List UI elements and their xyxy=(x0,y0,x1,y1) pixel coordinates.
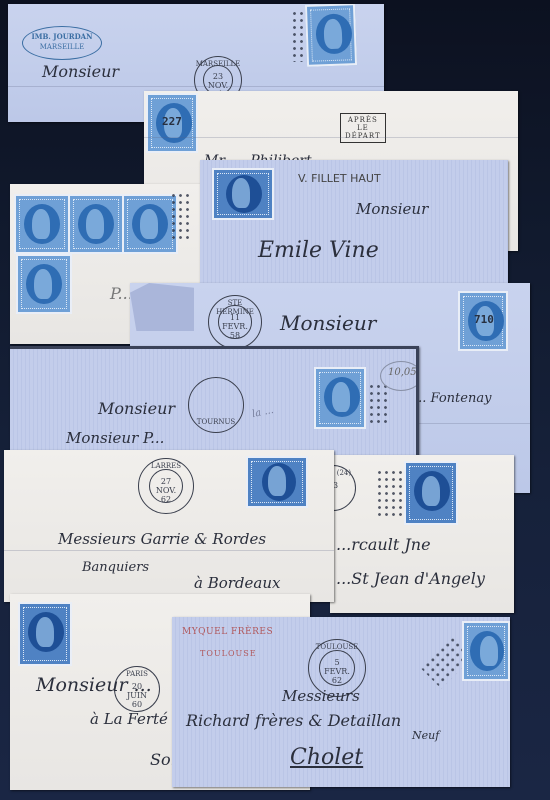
address-line: Monsieur xyxy=(280,311,376,335)
stamp xyxy=(16,254,72,314)
stamp: 710 xyxy=(458,291,508,351)
stamp xyxy=(305,4,357,67)
cachet-myquel-freres: MYQUEL FRÈRES xyxy=(182,627,273,637)
address-line: Messieurs Garrie & Rordes xyxy=(58,530,266,548)
apres-le-depart-cachet: APRÈS LE DÉPART xyxy=(340,113,386,143)
stamp xyxy=(68,194,124,254)
cover-larres: LARRES 27NOV.62 Messieurs Garrie & Rorde… xyxy=(4,450,334,602)
tax-mark: 10,05 xyxy=(388,367,417,378)
stamp: 227 xyxy=(146,93,198,153)
address-line: ...rcault Jne xyxy=(336,535,431,554)
torn-flap xyxy=(130,283,194,331)
cover-emile-vine: V. FILLET HAUT Monsieur Emile Vine xyxy=(200,160,508,288)
stamp xyxy=(462,621,510,681)
address-note: Neuf xyxy=(412,729,439,742)
postmark-larres: LARRES 27NOV.62 xyxy=(138,458,194,514)
stamp xyxy=(212,168,274,220)
address-line: Messieurs xyxy=(282,687,360,705)
address-line: à Bordeaux xyxy=(194,574,280,592)
stamp xyxy=(18,602,72,666)
cover-st-jean-angely: ...AIE (24) 63 ...rcault Jne ...St Jean … xyxy=(330,455,514,613)
address-line: Emile Vine xyxy=(258,238,379,263)
address-line: ... Fontenay xyxy=(414,391,491,406)
stamp xyxy=(404,461,458,525)
postmark-tournus: TOURNUS xyxy=(188,377,244,433)
address-line: Monsieur xyxy=(98,399,175,418)
oval-cachet: IMB. JOURDAN MARSEILLE xyxy=(22,26,102,60)
address-line: Monsieur ... xyxy=(36,674,152,696)
stamp xyxy=(246,456,308,508)
lozenge-cancel xyxy=(170,192,190,242)
cover-toulouse: MYQUEL FRÈRES TOULOUSE TOULOUSE 5FEVR.62… xyxy=(172,617,510,787)
address-line: Monsieur xyxy=(42,62,119,81)
address-line: Monsieur xyxy=(356,200,428,218)
address-line: à La Ferté xyxy=(90,710,168,728)
address-line: ...St Jean d'Angely xyxy=(336,569,485,588)
note-handwritten: la ... xyxy=(251,405,275,420)
lozenge-cancel xyxy=(368,383,390,425)
address-line: Richard frères & Detaillan xyxy=(186,711,401,730)
stamp xyxy=(14,194,70,254)
address-line: Monsieur P... xyxy=(66,429,164,447)
address-line: Banquiers xyxy=(82,560,149,575)
handstamp-fillet-haut: V. FILLET HAUT xyxy=(298,172,381,185)
cachet-toulouse: TOULOUSE xyxy=(200,649,257,658)
address-line: Cholet xyxy=(290,745,363,770)
postmark-st-hermine: STE HERMINE 11FEVR.58 xyxy=(208,295,262,349)
stamp xyxy=(314,367,366,429)
lozenge-cancel xyxy=(376,469,402,517)
cover-tournus: TOURNUS 10,05 Monsieur Monsieur P... la … xyxy=(10,346,419,459)
